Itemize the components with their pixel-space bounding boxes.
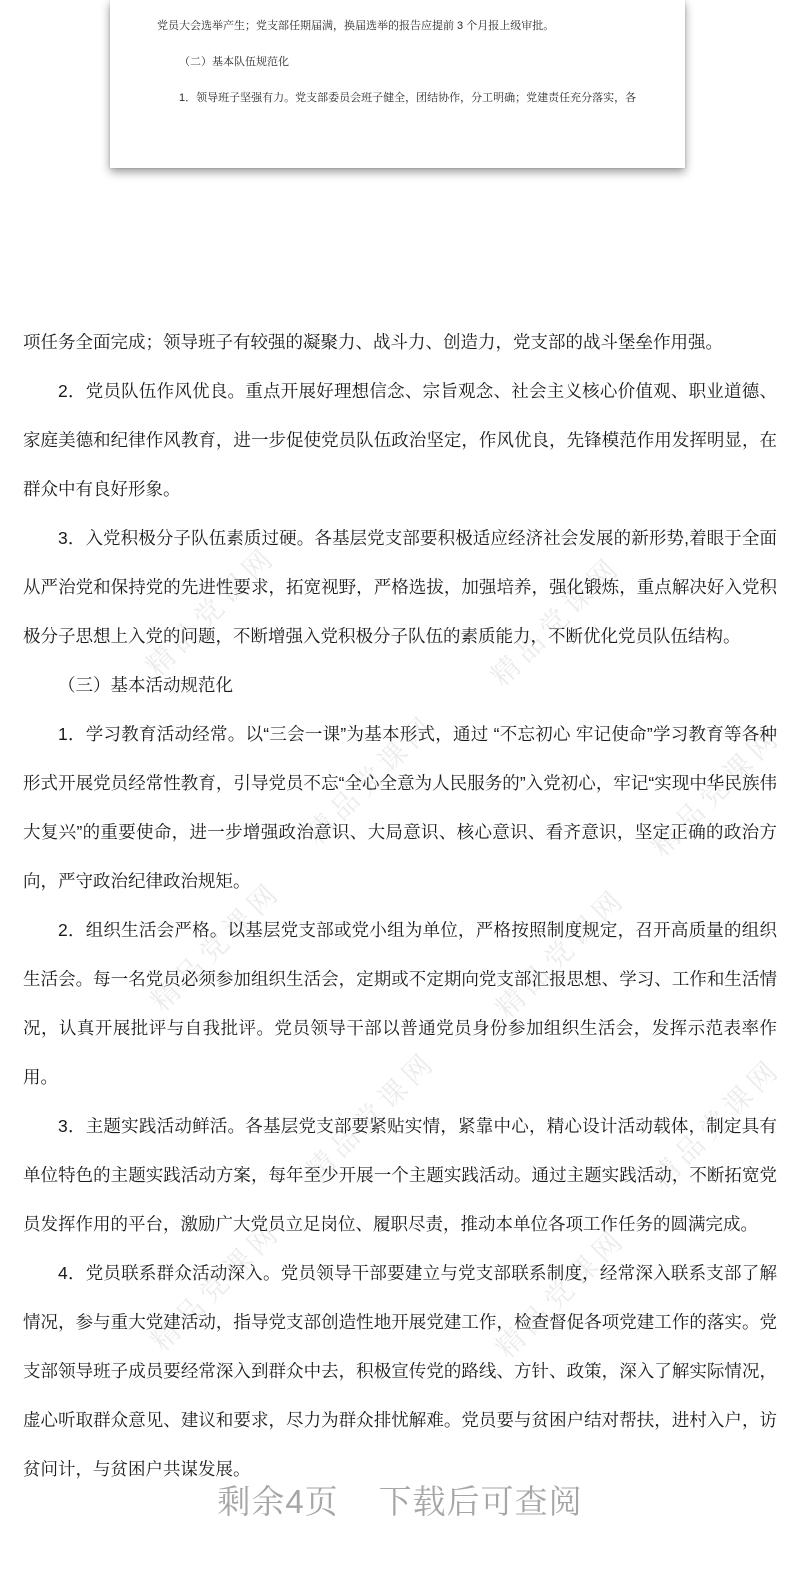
download-hint-text: 下载后可查阅 — [379, 1476, 583, 1523]
preview-card-line: （二）基本队伍规范化 — [157, 44, 640, 80]
document-paragraph: 1．学习教育活动经常。以“三会一课”为基本形式，通过 “不忘初心 牢记使命”学习… — [23, 710, 777, 906]
remaining-pages-count: 剩余4页 — [217, 1476, 338, 1523]
document-paragraph: 3．入党积极分子队伍素质过硬。各基层党支部要积极适应经济社会发展的新形势,着眼于… — [23, 514, 777, 661]
preview-card-line: 党员大会选举产生；党支部任期届满，换届选举的报告应提前 3 个月报上级审批。 — [157, 8, 640, 44]
document-paragraph: 2．组织生活会严格。以基层党支部或党小组为单位，严格按照制度规定，召开高质量的组… — [23, 906, 777, 1102]
document-paragraph: （三）基本活动规范化 — [23, 661, 777, 710]
document-paragraph: 4．党员联系群众活动深入。党员领导干部要建立与党支部联系制度，经常深入联系支部了… — [23, 1249, 777, 1494]
document-preview-page: { "preview_card": { "lines": [ { "text":… — [0, 0, 800, 1596]
preview-page-card: 党员大会选举产生；党支部任期届满，换届选举的报告应提前 3 个月报上级审批。（二… — [110, 0, 685, 168]
preview-card-line: 1．领导班子坚强有力。党支部委员会班子健全，团结协作，分工明确；党建责任充分落实… — [157, 80, 640, 116]
preview-page-text: 党员大会选举产生；党支部任期届满，换届选举的报告应提前 3 个月报上级审批。（二… — [157, 8, 640, 116]
document-paragraph: 3．主题实践活动鲜活。各基层党支部要紧贴实情，紧靠中心，精心设计活动载体，制定具… — [23, 1102, 777, 1249]
remaining-pages-note[interactable]: 剩余4页 下载后可查阅 — [0, 1476, 800, 1523]
document-paragraph: 项任务全面完成；领导班子有较强的凝聚力、战斗力、创造力，党支部的战斗堡垒作用强。 — [23, 318, 777, 367]
document-body: 项任务全面完成；领导班子有较强的凝聚力、战斗力、创造力，党支部的战斗堡垒作用强。… — [23, 318, 777, 1494]
document-paragraph: 2．党员队伍作风优良。重点开展好理想信念、宗旨观念、社会主义核心价值观、职业道德… — [23, 367, 777, 514]
